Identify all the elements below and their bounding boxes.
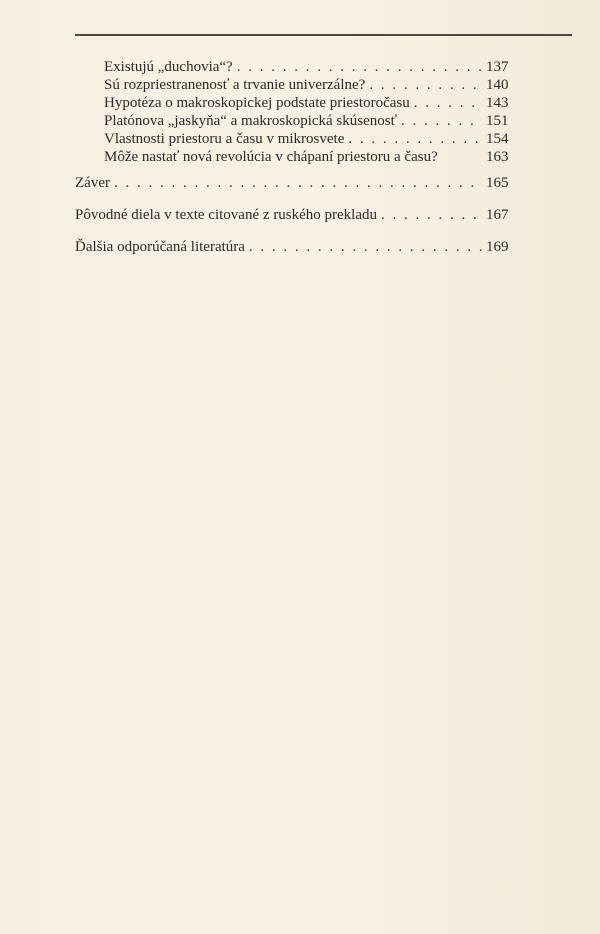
toc-entry-page: 154: [486, 129, 514, 149]
toc-entry-title: Môže nastať nová revolúcia v chápaní pri…: [104, 147, 438, 167]
toc-entry-page: 140: [486, 75, 514, 95]
toc-entry-page: 165: [486, 173, 514, 193]
dot-leader: [401, 111, 482, 131]
toc-entry[interactable]: Ďalšia odporúčaná literatúra 169: [75, 237, 514, 257]
toc-entry[interactable]: Platónova „jaskyňa“ a makroskopická skús…: [104, 111, 514, 131]
top-rule: [75, 34, 572, 36]
dot-leader: [381, 205, 482, 225]
toc-entry[interactable]: Pôvodné diela v texte citované z ruského…: [75, 205, 514, 225]
toc-entry[interactable]: Záver 165: [75, 173, 514, 193]
toc-entry-title: Platónova „jaskyňa“ a makroskopická skús…: [104, 111, 397, 131]
toc-entry-page: 151: [486, 111, 514, 131]
toc-entry-page: 137: [486, 57, 514, 77]
toc-entry-title: Sú rozpriestranenosť a trvanie univerzál…: [104, 75, 365, 95]
toc-entry-title: Vlastnosti priestoru a času v mikrosvete: [104, 129, 344, 149]
toc-entry-title: Hypotéza o makroskopickej podstate pries…: [104, 93, 410, 113]
toc-entry[interactable]: Existujú „duchovia“? 137: [104, 57, 514, 77]
dot-leader: [249, 237, 482, 257]
toc-entry-page: 167: [486, 205, 514, 225]
toc-entry[interactable]: Hypotéza o makroskopickej podstate pries…: [104, 93, 514, 113]
dot-leader: [414, 93, 482, 113]
toc-entry-title: Záver: [75, 173, 110, 193]
toc-entry-page: 143: [486, 93, 514, 113]
toc-entry[interactable]: Môže nastať nová revolúcia v chápaní pri…: [104, 147, 514, 167]
toc-entry-page: 163: [486, 147, 514, 167]
dot-leader: [114, 173, 482, 193]
toc-entry-title: Existujú „duchovia“?: [104, 57, 233, 77]
dot-leader: [369, 75, 482, 95]
toc-entry[interactable]: Sú rozpriestranenosť a trvanie univerzál…: [104, 75, 514, 95]
toc-entry-page: 169: [486, 237, 514, 257]
toc-entry[interactable]: Vlastnosti priestoru a času v mikrosvete…: [104, 129, 514, 149]
dot-leader: [237, 57, 482, 77]
toc-entry-title: Pôvodné diela v texte citované z ruského…: [75, 205, 377, 225]
dot-leader: [348, 129, 482, 149]
toc-entry-title: Ďalšia odporúčaná literatúra: [75, 237, 245, 257]
